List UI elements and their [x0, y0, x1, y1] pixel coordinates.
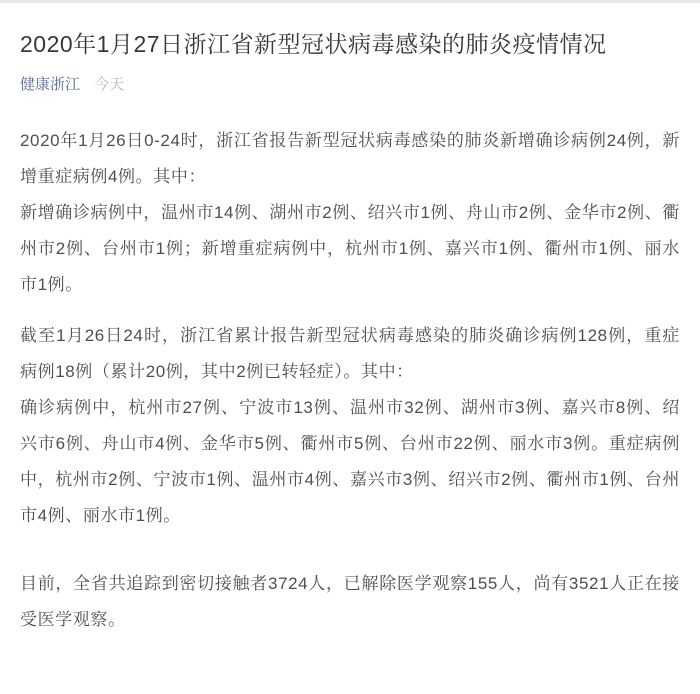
- paragraph-cumulative-cases-summary: 截至1月26日24时，浙江省累计报告新型冠状病毒感染的肺炎确诊病例128例，重症…: [20, 318, 680, 390]
- byline: 健康浙江 今天: [20, 76, 680, 94]
- account-name-link[interactable]: 健康浙江: [20, 76, 80, 93]
- paragraph-cumulative-cases-by-city: 确诊病例中，杭州市27例、宁波市13例、温州市32例、湖州市3例、嘉兴市8例、绍…: [20, 390, 680, 534]
- page-top-divider: [0, 0, 700, 3]
- article-title: 2020年1月27日浙江省新型冠状病毒感染的肺炎疫情情况: [20, 28, 680, 60]
- article-body: 2020年1月26日0-24时，浙江省报告新型冠状病毒感染的肺炎新增确诊病例24…: [20, 123, 680, 638]
- paragraph-close-contacts-status: 目前，全省共追踪到密切接触者3724人，已解除医学观察155人，尚有3521人正…: [20, 566, 680, 638]
- article-page: 2020年1月27日浙江省新型冠状病毒感染的肺炎疫情情况 健康浙江 今天 202…: [0, 28, 700, 638]
- publish-date-label: 今天: [94, 76, 124, 93]
- paragraph-daily-new-cases-summary: 2020年1月26日0-24时，浙江省报告新型冠状病毒感染的肺炎新增确诊病例24…: [20, 123, 680, 195]
- paragraph-daily-new-cases-by-city: 新增确诊病例中，温州市14例、湖州市2例、绍兴市1例、舟山市2例、金华市2例、衢…: [20, 195, 680, 303]
